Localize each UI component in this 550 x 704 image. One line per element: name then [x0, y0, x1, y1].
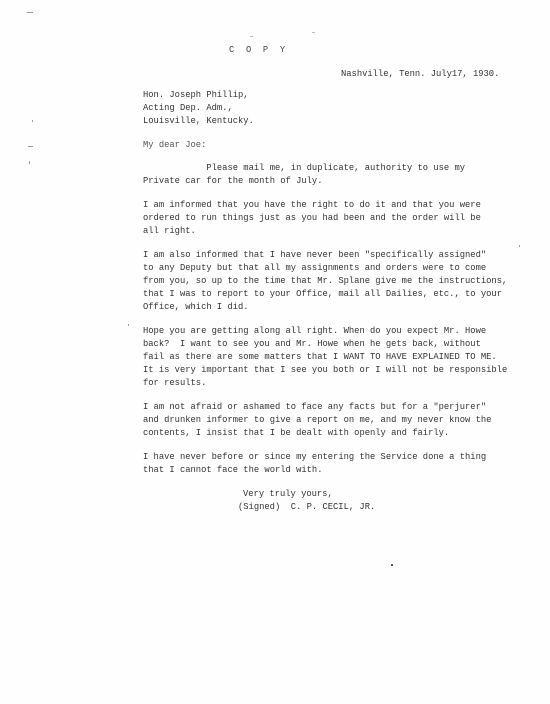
dateline: Nashville, Tenn. July17, 1930. — [341, 68, 499, 81]
salutation: My dear Joe: — [143, 139, 206, 152]
address-line-2: Acting Dep. Adm., — [143, 102, 233, 115]
scan-speck — [28, 146, 33, 147]
paragraph-line: contents, I insist that I be dealt with … — [143, 427, 523, 440]
paragraph-1: Please mail me, in duplicate, authority … — [143, 162, 523, 188]
paragraph-line: Hope you are getting along all right. Wh… — [143, 325, 523, 338]
paragraph-line: that I cannot face the world with. — [143, 464, 523, 477]
paragraph-line: for results. — [143, 377, 523, 390]
scan-speck — [519, 245, 520, 247]
letter-page: C O P Y Nashville, Tenn. July17, 1930. H… — [0, 0, 550, 704]
signature: (Signed) C. P. CECIL, JR. — [238, 501, 375, 514]
scan-speck — [128, 324, 129, 326]
paragraph-line: Office, which I did. — [143, 301, 523, 314]
address-line-1: Hon. Joseph Phillip, — [143, 89, 249, 102]
paragraph-line: all right. — [143, 225, 523, 238]
scan-speck — [312, 32, 315, 33]
paragraph-5: I am not afraid or ashamed to face any f… — [143, 401, 523, 440]
paragraph-line: ordered to run things just as you had be… — [143, 212, 523, 225]
paragraph-4: Hope you are getting along all right. Wh… — [143, 325, 523, 390]
paragraph-line: It is very important that I see you both… — [143, 364, 523, 377]
paragraph-3: I am also informed that I have never bee… — [143, 249, 523, 314]
scan-speck — [27, 12, 33, 13]
address-line-3: Louisville, Kentucky. — [143, 115, 254, 128]
scan-speck — [391, 564, 393, 566]
paragraph-6: I have never before or since my entering… — [143, 451, 523, 477]
paragraph-line: from you, so up to the time that Mr. Spl… — [143, 275, 523, 288]
paragraph-line: and drunken informer to give a report on… — [143, 414, 523, 427]
scan-speck — [32, 120, 33, 122]
paragraph-line: Private car for the month of July. — [143, 175, 523, 188]
closing: Very truly yours, — [243, 488, 333, 501]
paragraph-line: Please mail me, in duplicate, authority … — [143, 162, 523, 175]
paragraph-line: back? I want to see you and Mr. Howe whe… — [143, 338, 523, 351]
paragraph-line: I have never before or since my entering… — [143, 451, 523, 464]
paragraph-line: that I was to report to your Office, mai… — [143, 288, 523, 301]
paragraph-line: to any Deputy but that all my assignment… — [143, 262, 523, 275]
paragraph-line: fail as there are some matters that I WA… — [143, 351, 523, 364]
paragraph-line: I am also informed that I have never bee… — [143, 249, 523, 262]
copy-heading: C O P Y — [229, 44, 288, 57]
scan-speck — [250, 36, 253, 37]
paragraph-line: I am not afraid or ashamed to face any f… — [143, 401, 523, 414]
paragraph-2: I am informed that you have the right to… — [143, 199, 523, 238]
paragraph-line: I am informed that you have the right to… — [143, 199, 523, 212]
scan-speck — [29, 161, 30, 164]
